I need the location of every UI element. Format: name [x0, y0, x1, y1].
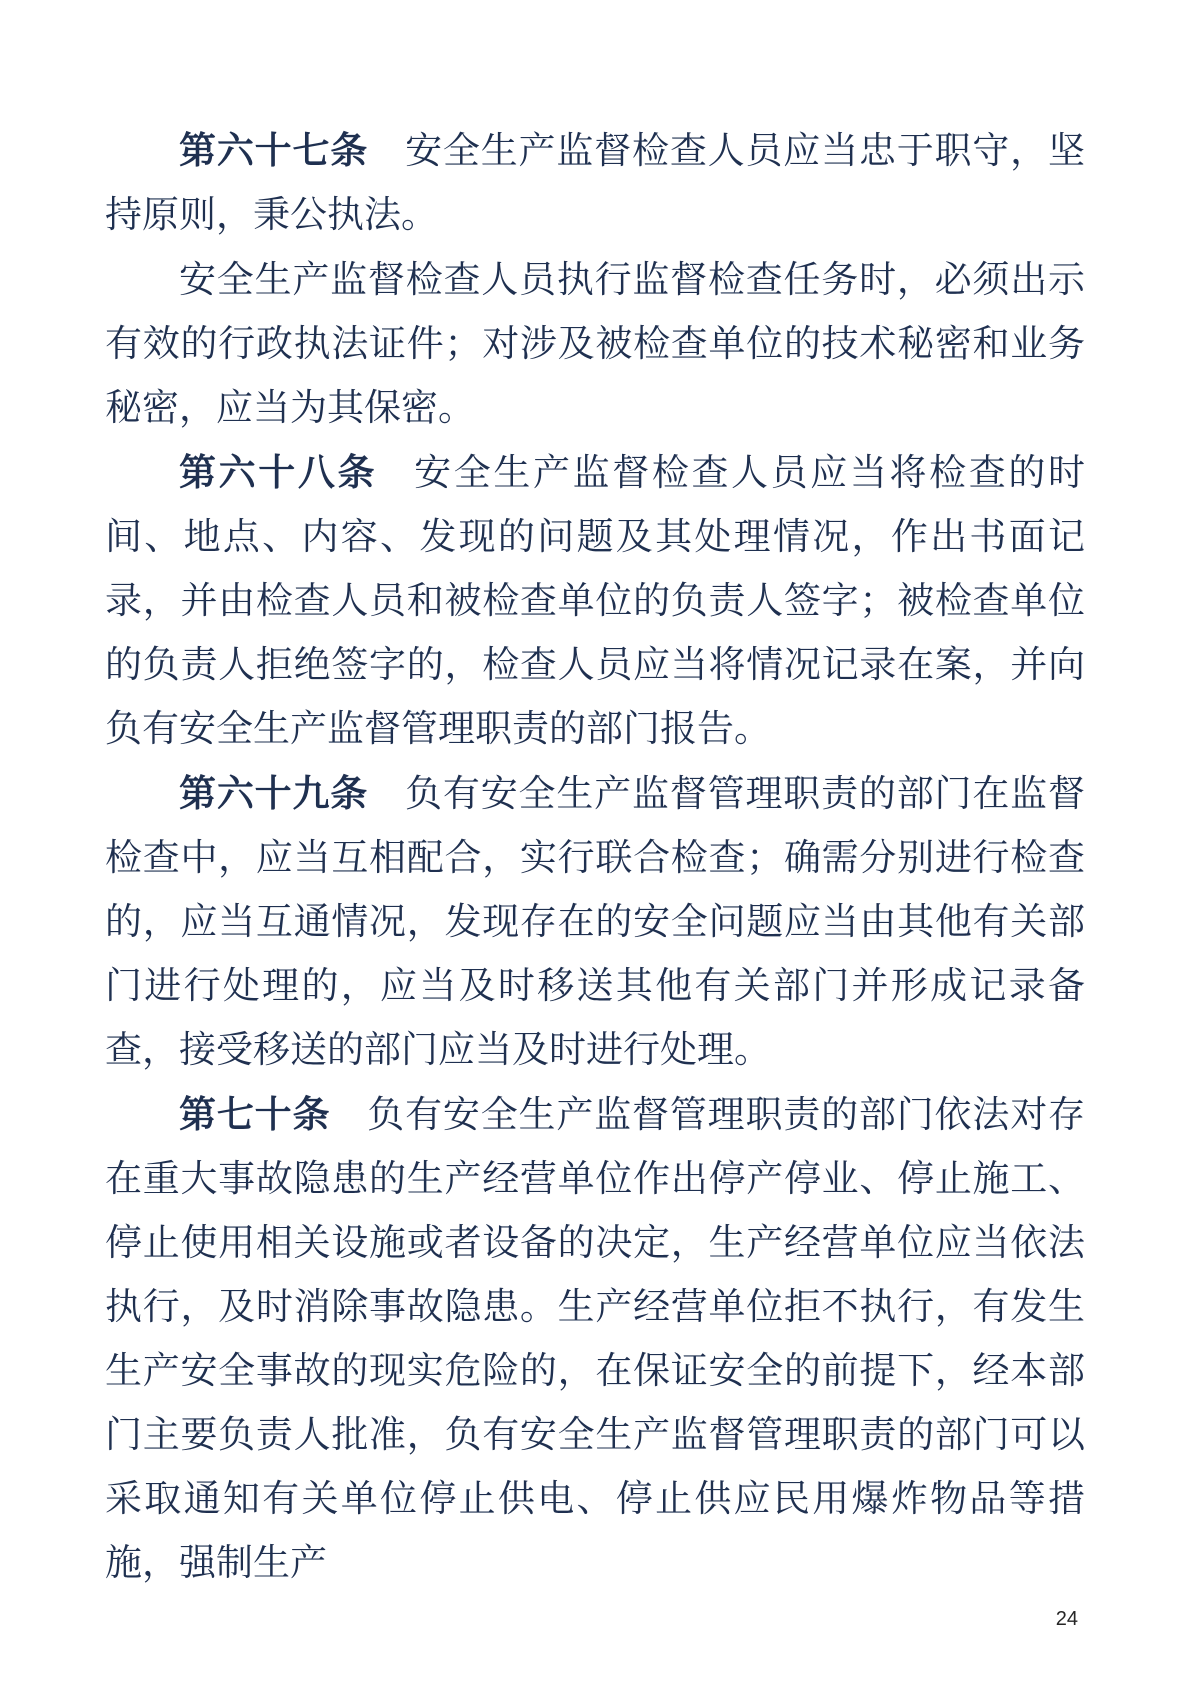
article-number: 第七十条 — [179, 1094, 330, 1135]
paragraph-text: 负有安全生产监督管理职责的部门在监督检查中，应当互相配合，实行联合检查；确需分别… — [105, 774, 1085, 1071]
paragraph-article-69: 第六十九条负有安全生产监督管理职责的部门在监督检查中，应当互相配合，实行联合检查… — [105, 762, 1085, 1083]
paragraph-text: 安全生产监督检查人员执行监督检查任务时，必须出示有效的行政执法证件；对涉及被检查… — [105, 260, 1085, 429]
paragraph-article-67-clause-2: 安全生产监督检查人员执行监督检查任务时，必须出示有效的行政执法证件；对涉及被检查… — [105, 248, 1085, 441]
paragraph-article-68: 第六十八条安全生产监督检查人员应当将检查的时间、地点、内容、发现的问题及其处理情… — [105, 441, 1085, 762]
paragraph-text: 安全生产监督检查人员应当将检查的时间、地点、内容、发现的问题及其处理情况，作出书… — [105, 453, 1085, 750]
paragraph-article-67: 第六十七条安全生产监督检查人员应当忠于职守，坚持原则，秉公执法。 — [105, 119, 1085, 248]
document-page: 第六十七条安全生产监督检查人员应当忠于职守，坚持原则，秉公执法。 安全生产监督检… — [0, 0, 1190, 1683]
paragraph-article-70: 第七十条负有安全生产监督管理职责的部门依法对存在重大事故隐患的生产经营单位作出停… — [105, 1083, 1085, 1596]
page-number: 24 — [1056, 1605, 1078, 1633]
article-number: 第六十九条 — [179, 773, 368, 814]
article-number: 第六十八条 — [179, 452, 377, 493]
document-body: 第六十七条安全生产监督检查人员应当忠于职守，坚持原则，秉公执法。 安全生产监督检… — [105, 119, 1085, 1596]
article-number: 第六十七条 — [179, 130, 368, 171]
paragraph-text: 负有安全生产监督管理职责的部门依法对存在重大事故隐患的生产经营单位作出停产停业、… — [105, 1095, 1085, 1584]
